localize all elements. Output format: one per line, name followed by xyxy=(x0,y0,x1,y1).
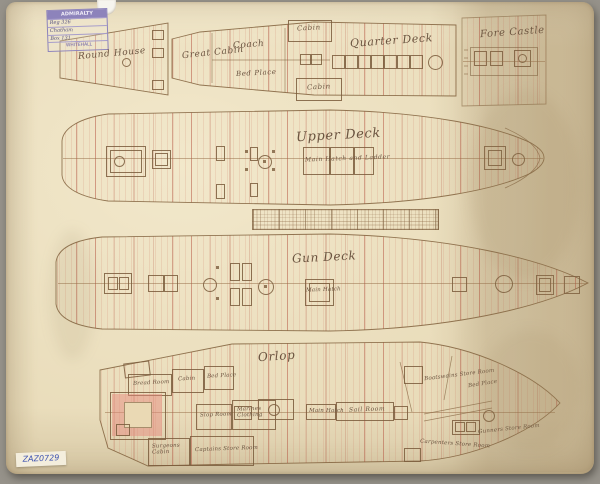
hatch-box xyxy=(152,30,164,40)
mast-circle xyxy=(203,278,217,292)
hatch-box xyxy=(148,275,164,292)
hatch-box xyxy=(474,51,487,66)
capstan-circle xyxy=(114,156,125,167)
bitts-box xyxy=(230,288,240,306)
main-hatch-box: Main Hatch xyxy=(306,404,336,420)
room-box: Bed Place xyxy=(204,366,234,390)
cabin-label: Cabin xyxy=(297,24,321,33)
orlop-title: Orlop xyxy=(258,349,296,365)
deck-dot xyxy=(216,297,219,300)
gundeck-hatch-label: Main Hatch xyxy=(306,286,341,293)
hatch-box-inner xyxy=(539,278,551,292)
hatch-box xyxy=(452,277,467,292)
mast-dot xyxy=(264,285,267,288)
room-box xyxy=(404,366,423,384)
slop-room-label: Slop Room xyxy=(200,411,232,418)
bitts-box xyxy=(242,263,252,281)
deck-dot xyxy=(272,168,275,171)
hatch-box-inner xyxy=(108,277,118,290)
bitts-box xyxy=(250,183,258,197)
room-box: Slop Room xyxy=(196,404,232,430)
captains-storeroom-label: Captains Store Room xyxy=(195,445,258,453)
cabin-box: Cabin xyxy=(288,20,332,42)
berth-box xyxy=(410,55,423,69)
mast-circle xyxy=(512,153,525,166)
berth-box xyxy=(384,55,397,69)
scanned-ship-plan: ADMIRALTY Reg 326 Chatham Box 131 WHITEH… xyxy=(0,0,600,484)
deck-dot xyxy=(272,150,275,153)
hatch-box-inner xyxy=(119,277,129,290)
mast-circle xyxy=(495,275,513,293)
skylight-box xyxy=(311,54,322,65)
hatch-box-inner xyxy=(488,150,502,166)
hatch-box xyxy=(152,48,164,58)
hatch-box-inner xyxy=(466,422,476,432)
hatch-box xyxy=(394,406,408,420)
deck-dot xyxy=(245,168,248,171)
berth-box xyxy=(332,55,345,69)
hatch-box xyxy=(564,276,580,294)
deck-dot xyxy=(216,266,219,269)
bread-room-label: Bread Room xyxy=(133,379,170,387)
hatch-box-inner xyxy=(155,153,168,166)
sail-room-label: Sail Room xyxy=(349,406,385,414)
surgeons-cabin-label: Surgeons Cabin xyxy=(152,442,188,455)
room-box xyxy=(404,448,421,462)
berth-box xyxy=(397,55,410,69)
skylight-box xyxy=(300,54,311,65)
hatch-box xyxy=(152,80,164,90)
cabin-box: Cabin xyxy=(296,78,342,101)
room-box: Captains Store Room xyxy=(190,436,254,466)
cabin-label: Cabin xyxy=(178,376,196,383)
berth-box xyxy=(345,55,358,69)
bitts-box xyxy=(242,288,252,306)
bitts-box xyxy=(230,263,240,281)
bitts-box xyxy=(216,146,225,161)
grating-detail-strip xyxy=(252,209,439,230)
mast-dot xyxy=(263,160,266,163)
magazine-hatch xyxy=(116,424,130,436)
bed-place-label: Bed Place xyxy=(207,372,237,380)
capstan-circle xyxy=(428,55,443,70)
hatch-box xyxy=(490,51,503,66)
sail-room-box: Sail Room xyxy=(336,402,394,421)
hatch-box xyxy=(164,275,178,292)
berth-box xyxy=(371,55,384,69)
bitts-box xyxy=(216,184,225,199)
room-box: Cabin xyxy=(172,369,204,393)
hatch-box-inner xyxy=(455,422,465,432)
archive-number: ZAZ0729 xyxy=(22,453,59,464)
room-box: Surgeons Cabin xyxy=(148,438,190,466)
archive-number-sticker: ZAZ0729 xyxy=(16,451,67,467)
deck-dot xyxy=(245,150,248,153)
scuttle-circle xyxy=(268,404,280,416)
skylight-circle xyxy=(122,58,131,67)
berth-box xyxy=(358,55,371,69)
bitts-box xyxy=(250,147,258,161)
cabin-label: Cabin xyxy=(307,83,331,92)
scuttle-circle xyxy=(483,410,495,422)
forecastle-centerline xyxy=(463,61,545,62)
hatch-box xyxy=(234,406,252,420)
admiralty-stamp: ADMIRALTY Reg 326 Chatham Box 131 WHITEH… xyxy=(46,8,108,52)
